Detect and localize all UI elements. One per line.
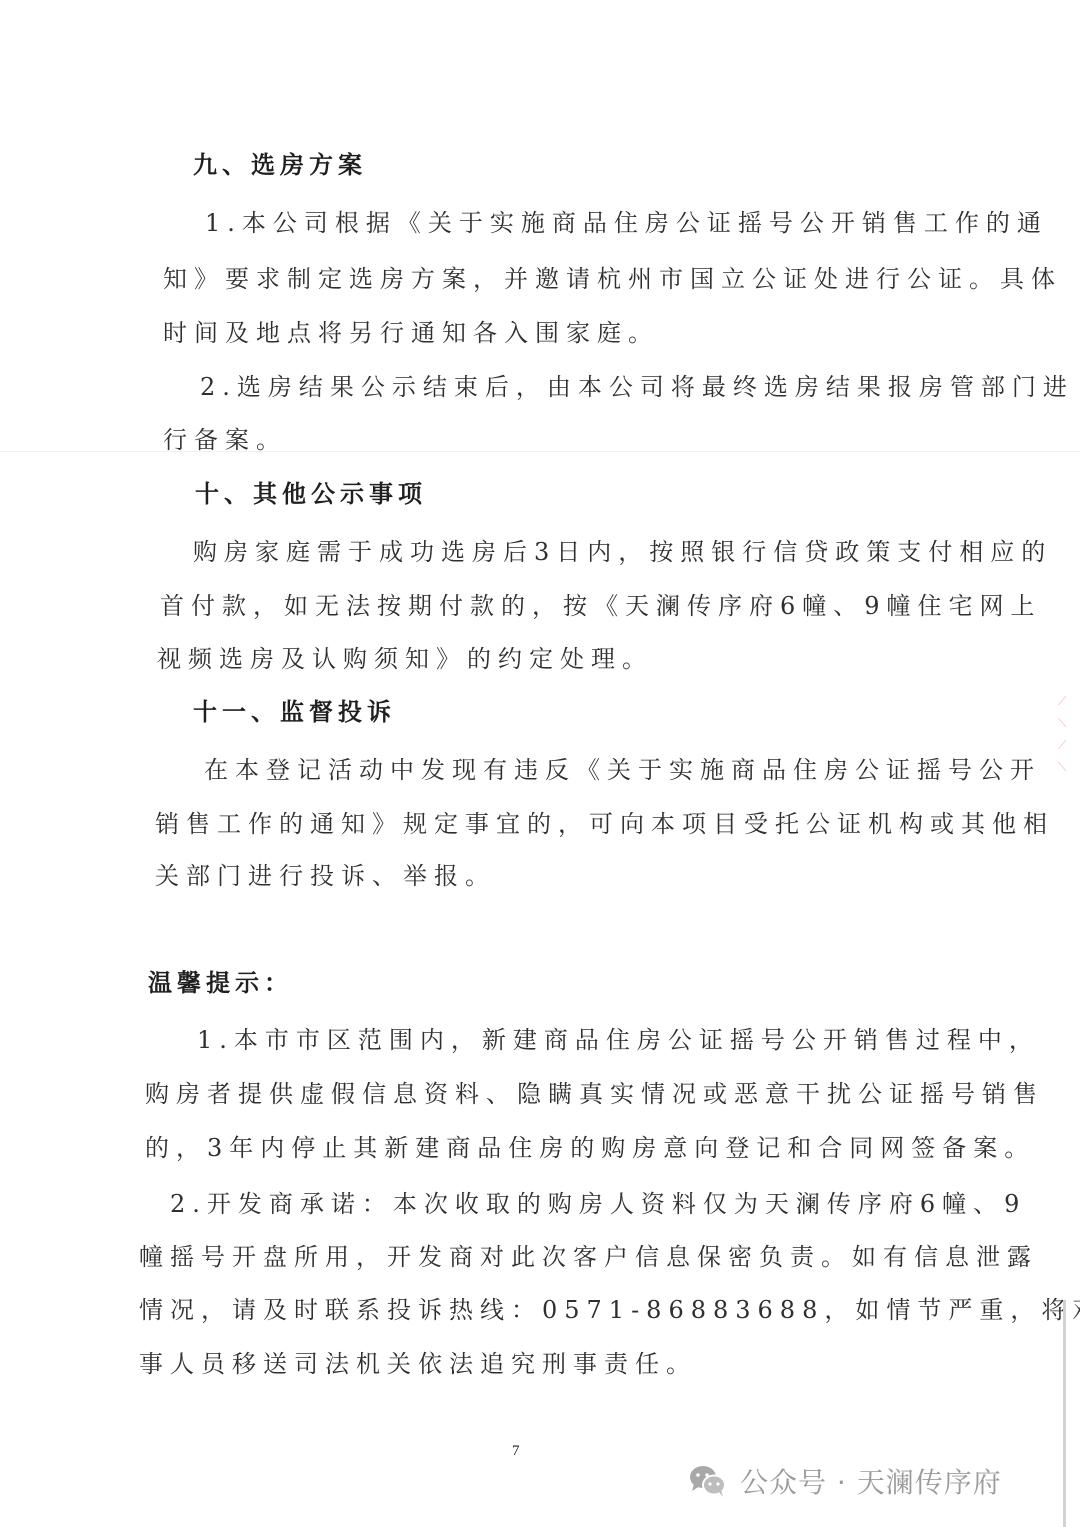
paragraph-line: 关部门进行投诉、举报。 [155, 861, 496, 891]
paragraph-line: 首付款，如无法按期付款的，按《天澜传序府6幢、9幢住宅网上 [160, 591, 1042, 621]
watermark: 公众号 · 天澜传序府 [688, 1461, 1002, 1501]
tips-line: 情况，请及时联系投诉热线：0571-86883688，如情节严重，将对涉 [139, 1295, 1080, 1325]
wechat-icon [688, 1464, 728, 1498]
tips-line: 幢摇号开盘所用，开发商对此次客户信息保密负责。如有信息泄露 [139, 1242, 1038, 1272]
scan-seam-divider [0, 451, 1080, 452]
tips-line: 事人员移送司法机关依法追究刑事责任。 [139, 1349, 697, 1379]
watermark-text: 公众号 · 天澜传序府 [740, 1461, 1002, 1501]
paragraph-line: 行备案。 [163, 425, 287, 455]
tips-line: 2.开发商承诺：本次收取的购房人资料仅为天澜传序府6幢、9 [170, 1189, 1026, 1219]
tips-heading: 温馨提示： [148, 968, 293, 998]
paragraph-line: 购房家庭需于成功选房后3日内，按照银行信贷政策支付相应的 [193, 537, 1052, 567]
tips-line: 的，3年内停止其新建商品住房的购房意向登记和合同网签备案。 [145, 1133, 1035, 1163]
document-page: 九、选房方案 1.本公司根据《关于实施商品住房公证摇号公开销售工作的通 知》要求… [0, 0, 1080, 1527]
paragraph-line: 销售工作的通知》规定事宜的，可向本项目受托公证机构或其他相 [155, 809, 1054, 839]
paragraph-line: 视频选房及认购须知》的约定处理。 [157, 644, 653, 674]
seal-stamp-fragment: ⟋⟍⟋⟍ [1058, 690, 1074, 800]
paragraph-line: 时间及地点将另行通知各入围家庭。 [163, 318, 659, 348]
paragraph-line: 知》要求制定选房方案，并邀请杭州市国立公证处进行公证。具体 [163, 264, 1062, 294]
tips-line: 购房者提供虚假信息资料、隐瞒真实情况或恶意干扰公证摇号销售 [145, 1079, 1044, 1109]
paragraph-line: 2.选房结果公示结束后，由本公司将最终选房结果报房管部门进 [200, 372, 1074, 402]
page-number: 7 [512, 1443, 520, 1460]
section-heading-11: 十一、监督投诉 [193, 697, 396, 727]
page-edge-border [1063, 1300, 1066, 1527]
paragraph-line: 1.本公司根据《关于实施商品住房公证摇号公开销售工作的通 [205, 208, 1048, 238]
tips-line: 1.本市市区范围内，新建商品住房公证摇号公开销售过程中， [197, 1025, 1040, 1055]
paragraph-line: 在本登记活动中发现有违反《关于实施商品住房公证摇号公开 [204, 755, 1041, 785]
section-heading-9: 九、选房方案 [193, 150, 367, 180]
section-heading-10: 十、其他公示事项 [195, 479, 427, 509]
